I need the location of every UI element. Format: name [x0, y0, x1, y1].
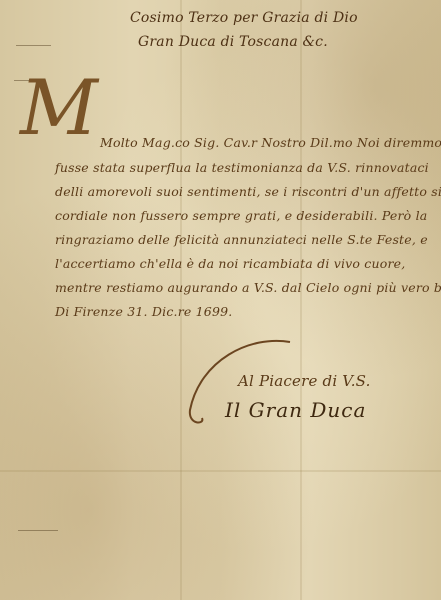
dateline: Di Firenze 31. Dic.re 1699.	[55, 304, 232, 319]
body-line: cordiale non fussero sempre grati, e des…	[55, 208, 427, 223]
fold-line	[0, 470, 441, 472]
paper-crease	[16, 45, 51, 46]
letter-page: Cosimo Terzo per Grazia di Dio Gran Duca…	[0, 0, 441, 600]
signature: Il Gran Duca	[225, 398, 366, 422]
closing-line: Al Piacere di V.S.	[238, 372, 371, 390]
letter-heading-line-1: Cosimo Terzo per Grazia di Dio	[130, 10, 358, 26]
paper-crease	[18, 530, 58, 531]
body-line: Molto Mag.co Sig. Cav.r Nostro Dil.mo No…	[100, 135, 441, 150]
body-line: ringraziamo delle felicità annunziateci …	[55, 232, 428, 247]
fold-line	[300, 0, 302, 600]
ornamental-initial: M	[20, 70, 98, 146]
letter-heading-line-2: Gran Duca di Toscana &c.	[138, 34, 328, 50]
fold-line	[180, 0, 182, 600]
body-line: delli amorevoli suoi sentimenti, se i ri…	[55, 184, 441, 199]
body-line: l'accertiamo ch'ella è da noi ricambiata…	[55, 256, 405, 271]
body-line: fusse stata superflua la testimonianza d…	[55, 160, 429, 175]
body-line: mentre restiamo augurando a V.S. dal Cie…	[55, 280, 441, 295]
